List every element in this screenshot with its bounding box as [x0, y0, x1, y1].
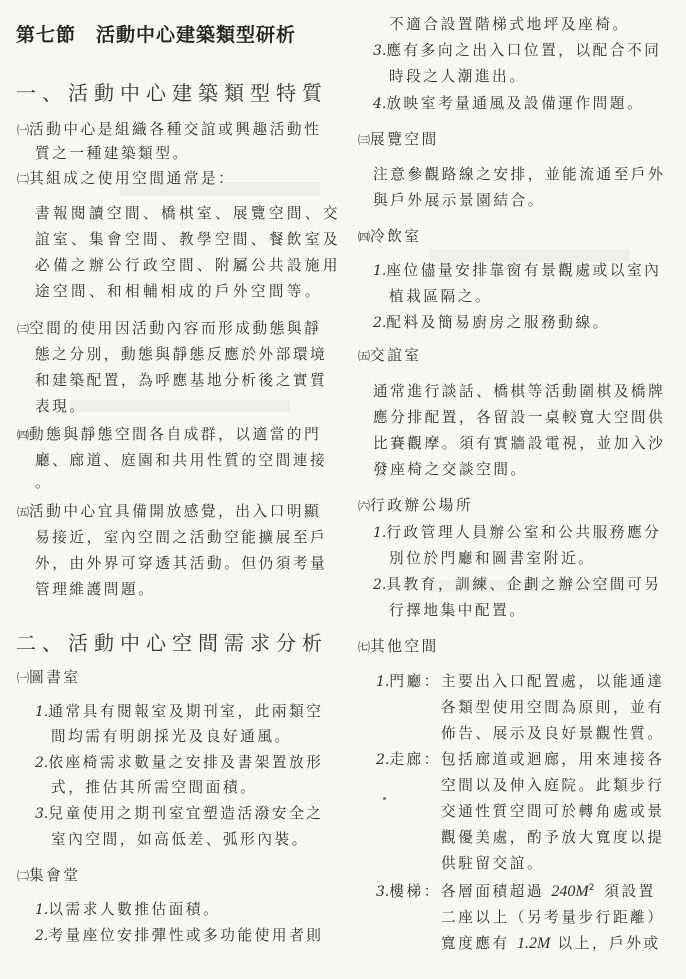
subsection-exhibition: ㈢展覽空間 — [358, 128, 439, 149]
heading-characteristics: 一、活動中心建築類型特質 — [16, 77, 328, 106]
term-item-cont: 各類型使用空間為原則，並有 — [441, 696, 665, 717]
paragraph-line: 應分排配置，各留設一桌較寬大空間供 — [373, 406, 665, 427]
term-item-cont: 佈告、展示及良好景觀性質。 — [441, 722, 665, 743]
paragraph-line: 與戶外展示景園結合。 — [373, 189, 545, 210]
numbered-point: 1.以需求人數推估面積。 — [35, 898, 220, 919]
term-label: 樓梯： — [389, 883, 441, 900]
numbered-point: 1.通常具有閱報室及期刊室，此兩類空 — [35, 700, 323, 721]
document-page: 第七節 活動中心建築類型研析 一、活動中心建築類型特質 ㈠活動中心是組織各種交誼… — [0, 0, 686, 979]
paragraph-line: 書報閱讀空間、橋棋室、展覽空間、交 — [35, 202, 341, 223]
term-item: 3.樓梯：各層面積超過 240M2 須設置 — [376, 880, 656, 901]
scan-speck — [383, 797, 386, 800]
term-item-cont: 寬度應有 1.2M 以上，戶外或 — [441, 932, 661, 953]
list-item-cont: 態之分別，動態與靜態反應於外部環境 — [35, 343, 327, 364]
continued-line: 不適合設置階梯式地坪及座椅。 — [389, 13, 630, 34]
numbered-point: 2.依座椅需求數量之安排及書架置放形 — [35, 751, 323, 772]
numbered-point: 2.配料及簡易廚房之服務動線。 — [373, 311, 610, 332]
numbered-point: 2.考量座位安排彈性或多功能使用者則 — [35, 924, 323, 945]
list-item-cont: 管理維護問題。 — [35, 578, 155, 599]
term-item: 2.走廊：包括廊道或迴廊，用來連接各 — [376, 748, 664, 769]
numbered-point-cont: 時段之人潮進出。 — [389, 65, 527, 86]
subsection-admin: ㈥行政辦公場所 — [358, 494, 473, 515]
list-item-cont: 質之一種建築類型。 — [35, 142, 190, 163]
subsection-others: ㈦其他空間 — [358, 635, 439, 656]
term-item: 1.門廳：主要出入口配置處，以能通達 — [376, 670, 664, 691]
subsection-assembly: ㈡集會堂 — [17, 864, 81, 885]
term-item-cont: 空間以及伸入庭院。此類步行 — [441, 774, 665, 795]
subsection-lounge: ㈤交誼室 — [358, 344, 422, 365]
numbered-point-cont: 間均需有明朗採光及良好通風。 — [51, 725, 292, 746]
numbered-point-cont: 別位於門廳和圖書室附近。 — [389, 547, 595, 568]
numbered-point-cont: 行擇地集中配置。 — [389, 599, 527, 620]
term-item-cont: 交通性質空間可於轉角處或景 — [441, 800, 665, 821]
list-item: ㈢空間的使用因活動內容而形成動態與靜 — [17, 317, 321, 338]
list-item-cont: 表現。 — [35, 395, 87, 416]
numbered-point: 3.兒童使用之期刊室宜塑造活潑安全之 — [35, 802, 323, 823]
subsection-library: ㈠圖書室 — [17, 666, 81, 687]
item-marker: ㈣ — [17, 428, 29, 442]
paragraph-line: 誼室、集會空間、教學空間、餐飲室及 — [35, 228, 341, 249]
list-item-cont: 易接近，室內空間之活動空能擴展至戶 — [35, 526, 327, 547]
list-item-cont: 廳、廊道、庭園和共用性質的空間連接 — [35, 449, 327, 470]
paragraph-line: 注意參觀路線之安排，並能流通至戶外 — [373, 163, 665, 184]
term-item-cont: 觀優美處，酌予放大寬度以提 — [441, 826, 665, 847]
paragraph-line: 比賽觀摩。須有實牆設電視，並加入沙 — [373, 432, 665, 453]
section-title: 第七節 活動中心建築類型研析 — [16, 20, 296, 47]
term-item-cont: 供駐留交誼。 — [441, 852, 544, 873]
paragraph-line: 發座椅之交談空間。 — [373, 458, 528, 479]
item-marker: ㈢ — [17, 322, 29, 336]
heading-requirements: 二、活動中心空間需求分析 — [16, 627, 328, 656]
term-item-cont: 二座以上（另考量步行距離） — [441, 906, 665, 927]
paragraph-line: 通常進行談話、橋棋等活動圍棋及橋牌 — [373, 380, 665, 401]
paragraph-line: 途空間、和相輔相成的戶外空間等。 — [35, 280, 323, 301]
numbered-point-cont: 室內空間，如高低差、弧形內裝。 — [51, 828, 309, 849]
paragraph-line: 必備之辦公行政空間、附屬公共設施用 — [35, 254, 341, 275]
list-item: ㈣動態與靜態空間各自成群，以適當的門 — [17, 423, 321, 444]
area-value: 240M — [551, 883, 588, 900]
numbered-point: 1.行政管理人員辦公室和公共服務應分 — [373, 521, 661, 542]
item-marker: ㈠ — [17, 123, 29, 137]
numbered-point-cont: 植栽區隔之。 — [389, 285, 492, 306]
item-marker: ㈤ — [17, 505, 29, 519]
list-item-cont: 外，由外界可穿透其活動。但仍須考量 — [35, 552, 327, 573]
list-item-cont: 和建築配置，為呼應基地分析後之實質 — [35, 369, 327, 390]
numbered-point: 1.座位儘量安排靠窗有景觀處或以室內 — [373, 259, 661, 280]
list-item: ㈤活動中心宜具備開放感覺，出入口明顯 — [17, 500, 321, 521]
list-item: ㈡其組成之使用空間通常是： — [17, 167, 235, 188]
term-label: 走廊： — [389, 751, 441, 768]
subsection-cafe: ㈣冷飲室 — [358, 225, 422, 246]
list-item: ㈠活動中心是組織各種交誼或興趣活動性 — [17, 118, 321, 139]
numbered-point: 4.放映室考量通風及設備運作問題。 — [373, 92, 644, 113]
list-item-cont: 。 — [35, 471, 52, 492]
item-marker: ㈡ — [17, 172, 29, 186]
term-label: 門廳： — [389, 673, 441, 690]
numbered-point: 3.應有多向之出入口位置，以配合不同 — [373, 39, 661, 60]
numbered-point-cont: 式，推估其所需空間面積。 — [51, 776, 257, 797]
numbered-point: 2.具教育，訓練、企劃之辦公空間可另 — [373, 573, 661, 594]
scan-noise — [70, 400, 290, 412]
width-value: 1.2M — [517, 935, 550, 952]
